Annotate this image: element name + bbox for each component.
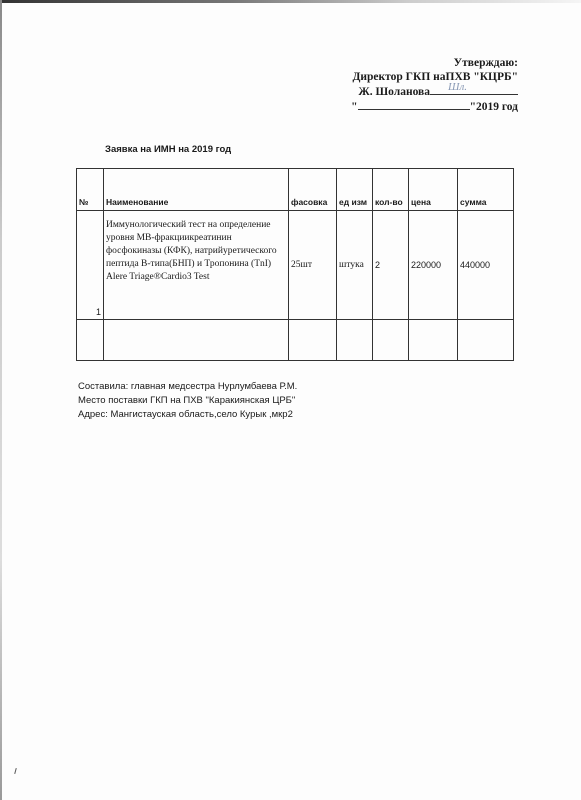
table-row-empty — [77, 320, 514, 361]
approver-name: Ж. Шоланова — [358, 86, 430, 98]
request-table: № Наименование фасовка ед изм кол-во цен… — [76, 168, 514, 361]
cell-empty — [409, 320, 458, 361]
delivery-place: Место поставки ГКП на ПХВ "Каракиянская … — [78, 394, 297, 408]
cell-empty — [458, 320, 514, 361]
footer-block: Составила: главная медсестра Нурлумбаева… — [78, 380, 297, 422]
cell-empty — [77, 320, 104, 361]
approval-heading: Утверждаю: — [351, 56, 518, 70]
header-packaging: фасовка — [289, 169, 337, 211]
header-price: цена — [409, 169, 458, 211]
signature-scribble: Шл. — [448, 80, 467, 94]
cell-empty — [104, 320, 289, 361]
cell-unit: штука — [337, 211, 373, 320]
header-name: Наименование — [104, 169, 289, 211]
table-row: 1 Иммунологический тест на определение у… — [77, 211, 514, 320]
cell-price: 220000 — [409, 211, 458, 320]
cell-empty — [337, 320, 373, 361]
delivery-address: Адрес: Мангистауская область,село Курык … — [78, 408, 297, 422]
scan-mark — [14, 768, 17, 774]
cell-name: Иммунологический тест на определение уро… — [104, 211, 289, 320]
date-year: "2019 год — [470, 101, 518, 113]
date-blank — [358, 99, 470, 110]
cell-qty: 2 — [373, 211, 409, 320]
compiled-by: Составила: главная медсестра Нурлумбаева… — [78, 380, 297, 394]
approval-position: Директор ГКП наПХВ "КЦРБ" — [351, 70, 518, 84]
approval-block: Утверждаю: Директор ГКП наПХВ "КЦРБ" Ж. … — [351, 56, 518, 114]
table-header-row: № Наименование фасовка ед изм кол-во цен… — [77, 169, 514, 211]
header-num: № — [77, 169, 104, 211]
header-unit: ед изм — [337, 169, 373, 211]
header-sum: сумма — [458, 169, 514, 211]
cell-empty — [289, 320, 337, 361]
approval-signature-line: Ж. ШолановаШл. — [351, 84, 518, 99]
scan-edge-top — [0, 0, 581, 3]
document-title: Заявка на ИМН на 2019 год — [105, 144, 231, 155]
cell-packaging: 25шт — [289, 211, 337, 320]
cell-empty — [373, 320, 409, 361]
cell-num: 1 — [77, 211, 104, 320]
cell-sum: 440000 — [458, 211, 514, 320]
signature-blank: Шл. — [430, 84, 518, 95]
scan-edge-left — [0, 0, 2, 800]
approval-date-line: ""2019 год — [351, 99, 518, 114]
header-qty: кол-во — [373, 169, 409, 211]
